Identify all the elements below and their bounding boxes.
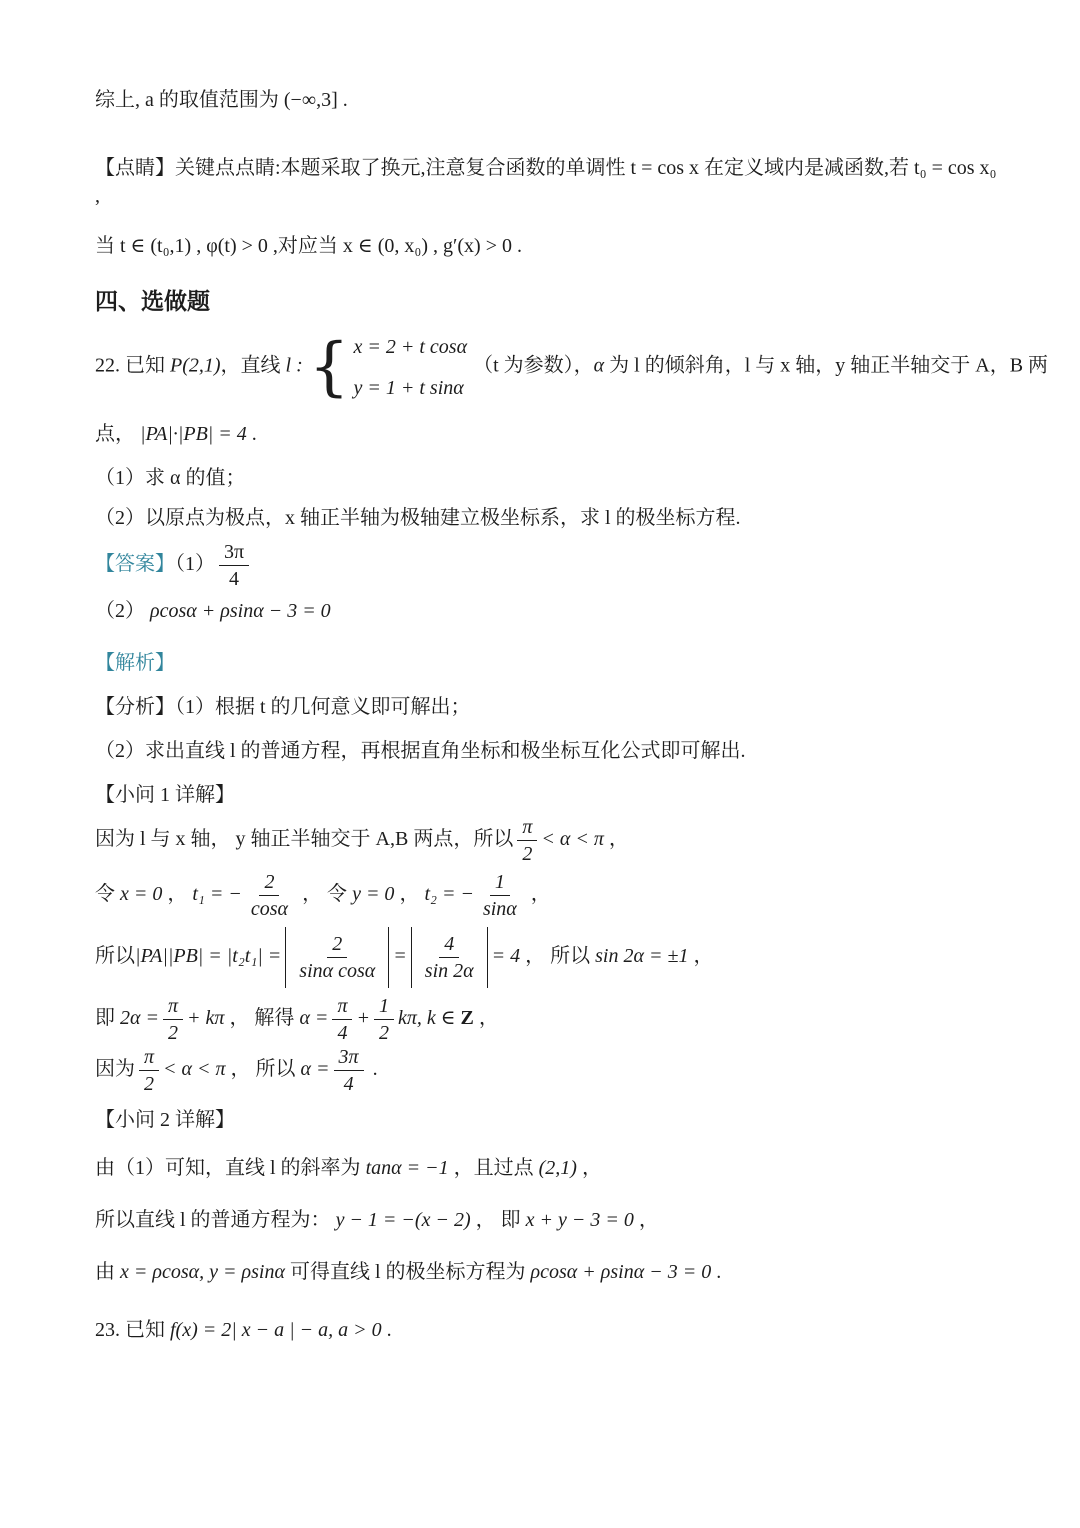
fraction-denominator: sinα [478, 896, 522, 921]
fraction-numerator: 1 [374, 994, 394, 1020]
fraction-denominator: sinα cosα [294, 958, 380, 983]
d1l4-integers-z: Z [461, 1007, 474, 1029]
d2l2-point-slope: y − 1 = −(x − 2) [336, 1209, 471, 1231]
q22-cont-text-1: 点， [95, 423, 140, 445]
fraction-denominator: 4 [339, 1071, 359, 1096]
d1l1-text-2: ， [604, 828, 629, 850]
q22-alpha: α [594, 355, 605, 377]
d1l2-t2: t₂ = − [424, 883, 474, 905]
q22-intro-continuation: 点， |PA|·|PB| = 4 . [95, 420, 1000, 448]
answer1-prefix: （1） [175, 553, 215, 575]
q22-part2: （2）以原点为极点，x 轴正半轴为极轴建立极坐标系，求 l 的极坐标方程. [95, 504, 1000, 532]
fraction-denominator: 4 [332, 1020, 352, 1045]
q22-intro-line: 22. 已知 P(2,1)，直线 l :{x = 2 + t cosαy = 1… [95, 332, 1000, 402]
absolute-value-1: 2sinα cosα [285, 927, 389, 988]
fraction-denominator: 2 [517, 841, 537, 866]
d1l3-text-2: ， 所以 [520, 945, 595, 967]
d1l4-alpha: α = [299, 1007, 328, 1029]
d1l4-2alpha: 2α = [120, 1007, 159, 1029]
detail1-line1: 因为 l 与 x 轴， y 轴正半轴交于 A,B 两点，所以π2< α < π … [95, 815, 1000, 866]
detail1-line2: 令 x = 0 ， t₁ = −2cosα ， 令 y = 0 ， t₂ = −… [95, 870, 1000, 921]
parametric-eq-y: y = 1 + t sinα [353, 374, 467, 402]
parametric-eq-x: x = 2 + t cosα [353, 333, 467, 361]
fraction-4-sin2a: 4sin 2α [420, 932, 479, 983]
fraction-pi-2: π2 [163, 994, 183, 1045]
fraction-denominator: cosα [246, 896, 293, 921]
q22-part2-text: （2）以原点为极点，x 轴正半轴为极轴建立极坐标系，求 l 的极坐标方程. [95, 507, 741, 529]
fraction-pi-2: π2 [139, 1045, 159, 1096]
d2l1-text-1: 由（1）可知，直线 l 的斜率为 [95, 1157, 366, 1179]
d1l4-text-2: ， 解得 [224, 1007, 299, 1029]
q23-text-1: 23. 已知 [95, 1319, 170, 1341]
fraction-numerator: 3π [334, 1045, 364, 1071]
d1l3-text-3: ， [688, 945, 713, 967]
method-line1: 【分析】（1）根据 t 的几何意义即可解出； [95, 693, 1000, 721]
detail1-line4: 即 2α =π2+ kπ ， 解得 α =π4+12kπ, k ∈ Z ， [95, 994, 1000, 1045]
q22-point-p: P(2,1) [170, 355, 221, 377]
method-text-2: （2）求出直线 l 的普通方程，再根据直角坐标和极坐标互化公式即可解出. [95, 740, 746, 762]
summary-text: 综上, a 的取值范围为 (−∞,3] . [95, 89, 348, 111]
d1l2-y-eq-0: y = 0 [352, 883, 394, 905]
d2l3-text-2: 可得直线 l 的极坐标方程为 [285, 1261, 531, 1283]
d1l4-text-3: ， [474, 1007, 499, 1029]
answer2-prefix: （2） [95, 600, 150, 622]
section-heading: 四、选做题 [95, 286, 1000, 316]
answer-label: 【答案】 [95, 553, 175, 575]
fraction-pi-2: π2 [517, 815, 537, 866]
d1l2-text-1: 令 [95, 883, 120, 905]
fraction-numerator: π [332, 994, 352, 1020]
d1l2-t1: t₁ = − [192, 883, 242, 905]
q22-cont-text-2: . [247, 423, 257, 445]
fraction-1-2: 12 [374, 994, 394, 1045]
answer-line2: （2） ρcosα + ρsinα − 3 = 0 [95, 597, 1000, 625]
fraction-numerator: π [163, 994, 183, 1020]
q22-intro-text-3: （t 为参数）， [473, 355, 594, 377]
detail2-line1: 由（1）可知，直线 l 的斜率为 tanα = −1 ，且过点 (2,1) ， [95, 1154, 1000, 1182]
d2l1-point: (2,1) [539, 1157, 577, 1179]
q23-intro-line: 23. 已知 f(x) = 2| x − a | − a, a > 0 . [95, 1316, 1000, 1344]
detail2-line3: 由 x = ρcosα, y = ρsinα 可得直线 l 的极坐标方程为 ρc… [95, 1258, 1000, 1286]
d1l4-plus: + [356, 1007, 370, 1029]
d2l3-text-3: . [711, 1261, 721, 1283]
q22-part1: （1）求 α 的值； [95, 464, 1000, 492]
d1l5-text-2: ， 所以 [226, 1058, 301, 1080]
d2l2-general-eq: x + y − 3 = 0 [526, 1209, 634, 1231]
d1l3-eq-4: = 4 [492, 945, 521, 967]
d1l3-equals: = [393, 945, 407, 967]
fraction-1-sin: 1sinα [478, 870, 522, 921]
detail2-label: 【小问 2 详解】 [95, 1109, 235, 1131]
document-page: 综上, a 的取值范围为 (−∞,3] . 【点睛】关键点点睛:本题采取了换元,… [0, 0, 1080, 1528]
detail2-line2: 所以直线 l 的普通方程为： y − 1 = −(x − 2) ， 即 x + … [95, 1206, 1000, 1234]
d2l1-slope: tanα = −1 [366, 1157, 449, 1179]
fraction-pi-4: π4 [332, 994, 352, 1045]
parametric-equations-cases: {x = 2 + t cosαy = 1 + t sinα [309, 332, 467, 402]
d1l4-text-1: 即 [95, 1007, 120, 1029]
q22-intro-text-2: ，直线 [221, 355, 286, 377]
d1l2-x-eq-0: x = 0 [120, 883, 162, 905]
d2l3-substitution: x = ρcosα, y = ρsinα [120, 1261, 285, 1283]
method-line2: （2）求出直线 l 的普通方程，再根据直角坐标和极坐标互化公式即可解出. [95, 737, 1000, 765]
d1l3-sin2a: sin 2α = ±1 [595, 945, 688, 967]
fraction-2-cos: 2cosα [246, 870, 293, 921]
q23-text-2: . [382, 1319, 392, 1341]
fraction-denominator: 2 [139, 1071, 159, 1096]
tip-label: 【点睛】 [95, 157, 175, 179]
answer-line1: 【答案】（1）3π4 [95, 540, 1000, 591]
d2l2-text-1: 所以直线 l 的普通方程为： [95, 1209, 336, 1231]
d2l2-text-3: ， [634, 1209, 659, 1231]
q22-intro-text-1: 22. 已知 [95, 355, 170, 377]
cases-brace: { [309, 332, 350, 402]
q22-line-l: l : [286, 355, 303, 377]
d2l3-text-1: 由 [95, 1261, 120, 1283]
d1l3-text-1: 所以 [95, 945, 135, 967]
detail1-heading: 【小问 1 详解】 [95, 781, 1000, 809]
d2l1-text-3: ， [577, 1157, 602, 1179]
answer2-equation: ρcosα + ρsinα − 3 = 0 [150, 600, 331, 622]
tip-paragraph-line2: 当 t ∈ (t₀,1) , φ(t) > 0 ,对应当 x ∈ (0, x₀)… [95, 232, 1000, 260]
analysis-heading: 【解析】 [95, 649, 1000, 677]
analysis-label: 【解析】 [95, 652, 175, 674]
fraction-denominator: 2 [374, 1020, 394, 1045]
q22-intro-text-4: 为 l 的倾斜角，l 与 x 轴，y 轴正半轴交于 A，B 两 [604, 355, 1048, 377]
fraction-numerator: 3π [219, 540, 249, 566]
fraction-numerator: 1 [490, 870, 510, 896]
d1l5-text-1: 因为 [95, 1058, 135, 1080]
d1l1-inequality: < α < π [541, 828, 604, 850]
fraction-denominator: 2 [163, 1020, 183, 1045]
detail2-heading: 【小问 2 详解】 [95, 1106, 1000, 1134]
d1l2-text-5: ， [526, 883, 551, 905]
q22-part1-text: （1）求 α 的值； [95, 467, 245, 489]
fraction-numerator: 2 [259, 870, 279, 896]
d2l1-text-2: ，且过点 [449, 1157, 539, 1179]
method-label: 【分析】 [95, 696, 175, 718]
fraction-numerator: π [517, 815, 537, 841]
tip-text-2: 当 t ∈ (t₀,1) , φ(t) > 0 ,对应当 x ∈ (0, x₀)… [95, 235, 522, 257]
q23-function-def: f(x) = 2| x − a | − a, a > 0 [170, 1319, 382, 1341]
document-content: 综上, a 的取值范围为 (−∞,3] . 【点睛】关键点点睛:本题采取了换元,… [0, 0, 1080, 1344]
fraction-numerator: 4 [439, 932, 459, 958]
fraction-2-sincos: 2sinα cosα [294, 932, 380, 983]
d1l4-k-in: kπ, k ∈ [398, 1007, 461, 1029]
d1l3-product: |PA||PB| = |t₂t₁| = [135, 945, 281, 967]
fraction-3pi-4: 3π4 [219, 540, 249, 591]
d1l4-kpi: + kπ [187, 1007, 224, 1029]
absolute-value-2: 4sin 2α [411, 927, 488, 988]
section-title-text: 四、选做题 [95, 288, 210, 314]
d1l2-text-4: ， [394, 883, 424, 905]
method-text-1: （1）根据 t 的几何意义即可解出； [175, 696, 471, 718]
detail1-line3: 所以|PA||PB| = |t₂t₁| =2sinα cosα=4sin 2α=… [95, 927, 1000, 988]
d1l2-text-3: ， 令 [297, 883, 352, 905]
fraction-denominator: sin 2α [420, 958, 479, 983]
d1l1-text-1: 因为 l 与 x 轴， y 轴正半轴交于 A,B 两点，所以 [95, 828, 513, 850]
q22-pa-pb-condition: |PA|·|PB| = 4 [140, 423, 247, 445]
fraction-3pi-4: 3π4 [334, 1045, 364, 1096]
fraction-numerator: 2 [327, 932, 347, 958]
detail1-line5: 因为π2< α < π ， 所以 α =3π4 . [95, 1045, 1000, 1096]
fraction-denominator: 4 [224, 566, 244, 591]
d1l5-alpha: α = [301, 1058, 330, 1080]
summary-line: 综上, a 的取值范围为 (−∞,3] . [95, 86, 1000, 114]
d1l5-inequality: < α < π [163, 1058, 226, 1080]
d1l5-text-3: . [368, 1058, 378, 1080]
fraction-numerator: π [139, 1045, 159, 1071]
cases-column: x = 2 + t cosαy = 1 + t sinα [353, 333, 467, 402]
tip-text-1: 关键点点睛:本题采取了换元,注意复合函数的单调性 t = cos x 在定义域内… [95, 157, 997, 207]
d2l2-text-2: ， 即 [471, 1209, 526, 1231]
d2l3-polar-eq: ρcosα + ρsinα − 3 = 0 [531, 1261, 712, 1283]
detail1-label: 【小问 1 详解】 [95, 784, 235, 806]
tip-paragraph-line1: 【点睛】关键点点睛:本题采取了换元,注意复合函数的单调性 t = cos x 在… [95, 154, 1000, 210]
d1l2-text-2: ， [162, 883, 192, 905]
